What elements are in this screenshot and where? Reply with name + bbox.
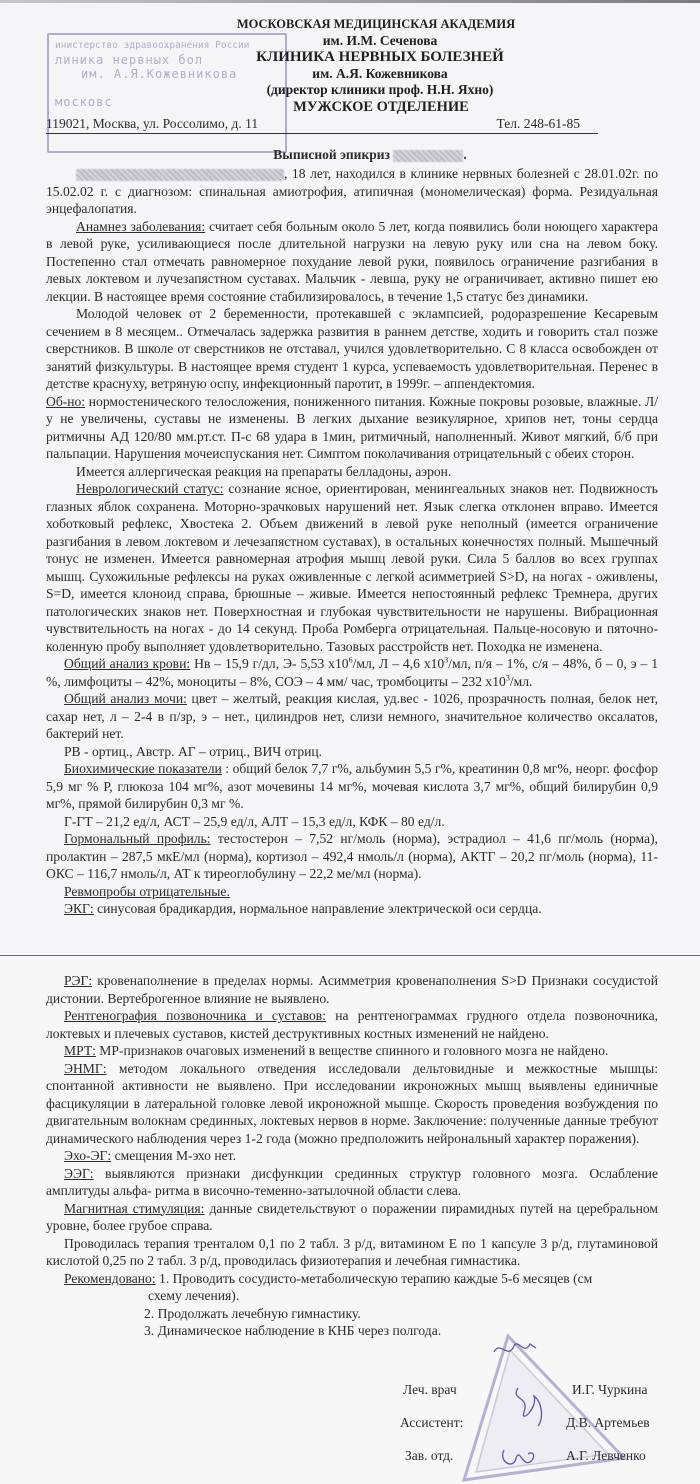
signature-name: Д.В. Артемьев	[566, 1415, 650, 1431]
section-hormones: Гормональный профиль: тестостерон – 7,52…	[46, 830, 658, 883]
section-blood: Общий анализ крови: Нв – 15,9 г/дл, Э- 5…	[46, 655, 658, 690]
section-anamnesis: Анамнез заболевания: считает себя больны…	[46, 218, 658, 306]
recommendation-item: 1. Проводить сосудисто-метаболическую те…	[156, 1271, 593, 1286]
intro-paragraph: , 18 лет, находился в клинике нервных бо…	[46, 165, 658, 218]
redacted-patient-name	[76, 169, 284, 181]
section-text: выявляются признаки дисфункции срединных…	[46, 1166, 658, 1199]
academy-named-after: им. И.М. Сеченова	[0, 33, 700, 50]
phone: Тел. 248-61-85	[497, 116, 598, 132]
section-text: методом локального отведения исследовали…	[46, 1061, 658, 1146]
redacted-name	[393, 150, 463, 162]
section-label: Рентгенография позвоночника и суставов:	[64, 1008, 326, 1023]
section-magnetic-stim: Магнитная стимуляция: данные свидетельст…	[46, 1200, 658, 1235]
section-label: Общий анализ мочи:	[64, 691, 187, 706]
section-label: Биохимические показатели	[64, 761, 222, 776]
section-label: Общий анализ крови:	[64, 656, 190, 671]
document-title: Выписной эпикриз .	[0, 147, 700, 163]
department-name: МУЖСКОЕ ОТДЕЛЕНИЕ	[0, 99, 700, 116]
clinic-director: (директор клиники проф. Н.Н. Яхно)	[0, 82, 700, 99]
section-label: РЭГ:	[64, 973, 92, 988]
section-rheum: Ревмопробы отрицательные.	[46, 883, 658, 901]
section-text: Ревмопробы отрицательные.	[64, 884, 230, 899]
blood-text: /мл.	[510, 674, 533, 689]
academy-name: МОСКОВСКАЯ МЕДИЦИНСКАЯ АКАДЕМИЯ	[0, 16, 700, 33]
title-text: Выписной эпикриз	[273, 147, 390, 162]
section-text: РВ - ортиц., Австр. АГ – отриц., ВИЧ отр…	[64, 744, 322, 759]
section-label: Эхо-ЭГ:	[64, 1148, 111, 1163]
section-urine: Общий анализ мочи: цвет – желтый, реакци…	[46, 690, 658, 743]
signature-role: Леч. врач	[403, 1382, 457, 1398]
section-text: нормостенического телосложения, пониженн…	[46, 394, 658, 462]
section-label: ЭНМГ:	[64, 1061, 107, 1076]
section-text: сознание ясное, ориентирован, менингеаль…	[46, 481, 658, 654]
section-allergy: Имеется аллергическая реакция на препара…	[46, 463, 658, 481]
page2-body: РЭГ: кровенаполнение в пределах нормы. А…	[46, 972, 658, 1340]
section-text: синусовая брадикардия, нормальное направ…	[94, 901, 542, 916]
section-text: Имеется аллергическая реакция на препара…	[76, 464, 451, 479]
section-exam: Об-но: нормостенического телосложения, п…	[46, 393, 658, 463]
section-recommendations: Рекомендовано: 1. Проводить сосудисто-ме…	[46, 1270, 658, 1288]
section-label: Неврологический статус:	[76, 481, 224, 496]
clinic-name: КЛИНИКА НЕРВНЫХ БОЛЕЗНЕЙ	[0, 49, 700, 66]
page-break-line	[0, 955, 700, 956]
section-label: Рекомендовано:	[64, 1271, 156, 1286]
section-ecg: ЭКГ: синусовая брадикардия, нормальное н…	[46, 900, 658, 918]
section-enmg: ЭНМГ: методом локального отведения иссле…	[46, 1060, 658, 1148]
section-text: Г-ГТ – 21,2 ед/л, АСТ – 25,9 ед/л, АЛТ –…	[64, 814, 445, 829]
section-reg: РЭГ: кровенаполнение в пределах нормы. А…	[46, 972, 658, 1007]
section-label: Анамнез заболевания:	[76, 219, 205, 234]
letterhead: МОСКОВСКАЯ МЕДИЦИНСКАЯ АКАДЕМИЯ им. И.М.…	[0, 16, 700, 115]
section-label: Магнитная стимуляция:	[64, 1201, 204, 1216]
section-text: смещения М-эхо нет.	[111, 1148, 236, 1163]
section-label: Об-но:	[46, 394, 85, 409]
section-history: Молодой человек от 2 беременности, проте…	[46, 305, 658, 393]
section-text: МР-признаков очаговых изменений в вещест…	[96, 1043, 609, 1058]
section-label: Гормональный профиль:	[64, 831, 211, 846]
signature-name: И.Г. Чуркина	[572, 1382, 647, 1398]
section-label: ЭКГ:	[64, 901, 94, 916]
section-label: МРТ:	[64, 1043, 96, 1058]
section-therapy: Проводилась терапия тренталом 0,1 по 2 т…	[46, 1235, 658, 1270]
address-row: 119021, Москва, ул. Россолимо, д. 11 Тел…	[46, 116, 598, 134]
section-xray: Рентгенография позвоночника и суставов: …	[46, 1007, 658, 1042]
page1-body: , 18 лет, находился в клинике нервных бо…	[46, 165, 658, 918]
recommendation-continuation: схему лечения).	[46, 1287, 658, 1305]
signature-name: А.Г. Левченко	[566, 1448, 646, 1464]
address: 119021, Москва, ул. Россолимо, д. 11	[46, 116, 258, 132]
clinic-named-after: им. А.Я. Кожевникова	[0, 66, 700, 83]
section-enzymes: Г-ГТ – 21,2 ед/л, АСТ – 25,9 ед/л, АЛТ –…	[46, 813, 658, 831]
section-mri: МРТ: МР-признаков очаговых изменений в в…	[46, 1042, 658, 1060]
section-text: Проводилась терапия тренталом 0,1 по 2 т…	[46, 1236, 658, 1269]
blood-text: /мл, Л – 4,6 х10	[353, 656, 445, 671]
signature-role: Ассистент:	[400, 1415, 463, 1431]
section-serology: РВ - ортиц., Австр. АГ – отриц., ВИЧ отр…	[46, 743, 658, 761]
recommendation-item: 2. Продолжать лечебную гимнастику.	[46, 1305, 658, 1323]
section-biochem: Биохимические показатели : общий белок 7…	[46, 760, 658, 813]
section-neuro-status: Неврологический статус: сознание ясное, …	[46, 480, 658, 655]
signature-role: Зав. отд.	[405, 1448, 453, 1464]
section-eeg: ЭЭГ: выявляются признаки дисфункции сред…	[46, 1165, 658, 1200]
blood-text: Нв – 15,9 г/дл, Э- 5,53 х10	[190, 656, 348, 671]
section-label: ЭЭГ:	[64, 1166, 94, 1181]
section-text: кровенаполнение в пределах нормы. Асимме…	[46, 973, 658, 1006]
section-text: Молодой человек от 2 беременности, проте…	[46, 306, 658, 391]
paper-edge	[0, 0, 700, 3]
section-echo-eg: Эхо-ЭГ: смещения М-эхо нет.	[46, 1147, 658, 1165]
